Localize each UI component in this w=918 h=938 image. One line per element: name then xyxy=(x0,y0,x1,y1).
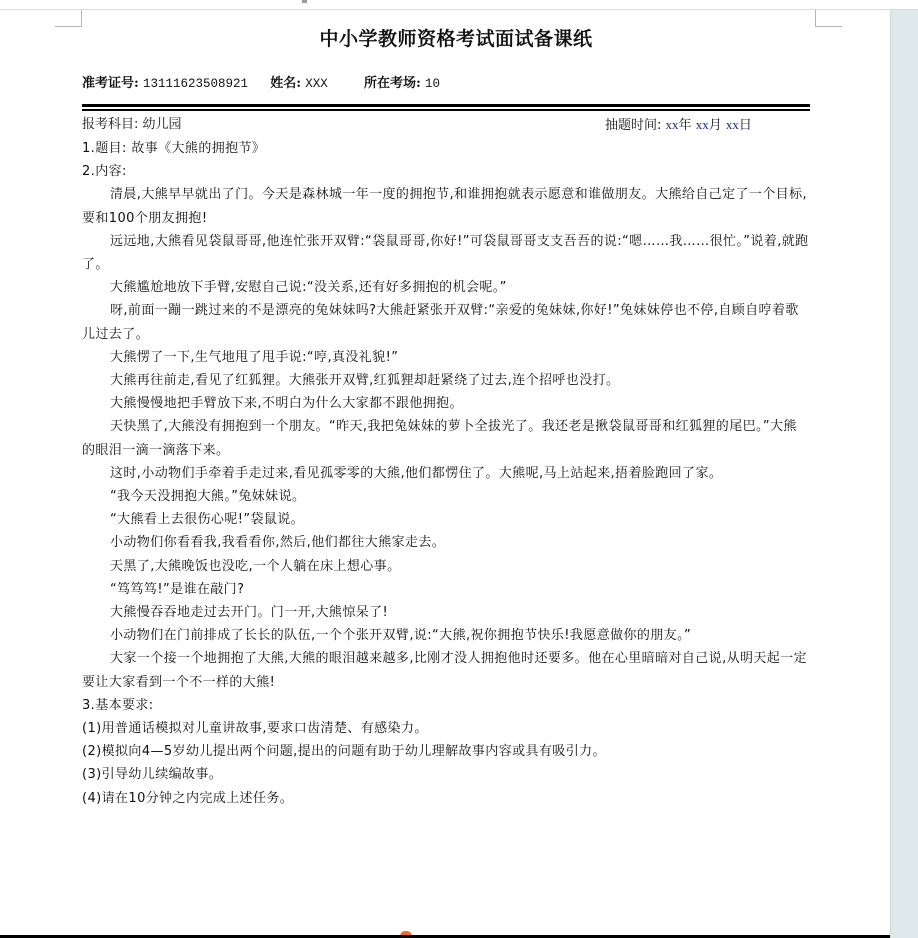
draw-month-value: xx xyxy=(696,117,709,132)
margin-corner-top-right xyxy=(815,10,842,27)
story-paragraph: 呀,前面一蹦一跳过来的不是漂亮的兔妹妹吗?大熊赶紧张开双臂:“亲爱的兔妹妹,你好… xyxy=(82,299,810,345)
story-paragraph: 大熊慢吞吞地走过去开门。门一开,大熊惊呆了! xyxy=(82,601,810,624)
document-title: 中小学教师资格考试面试备课纸 xyxy=(102,24,810,54)
name-value: XXX xyxy=(305,77,328,91)
draw-day-unit: 日 xyxy=(739,118,752,133)
ruler-marker xyxy=(302,0,307,3)
story-paragraph: “我今天没拥抱大熊。”兔妹妹说。 xyxy=(82,485,810,508)
subject-label: 报考科目: 幼儿园 xyxy=(82,117,182,132)
draw-time-label: 抽题时间: xyxy=(605,118,661,133)
story-paragraph: 天快黑了,大熊没有拥抱到一个朋友。“昨天,我把兔妹妹的萝卜全拔光了。我还老是揪袋… xyxy=(82,415,810,461)
document-page: 中小学教师资格考试面试备课纸 准考证号: 13111623508921 姓名: … xyxy=(0,10,890,938)
story-paragraph: 大熊慢慢地把手臂放下来,不明白为什么大家都不跟他拥抱。 xyxy=(82,392,810,415)
exam-room-value: 10 xyxy=(425,77,440,91)
section-topic: 1.题目: 故事《大熊的拥抱节》 xyxy=(82,137,810,160)
story-paragraph: 天黑了,大熊晚饭也没吃,一个人躺在床上想心事。 xyxy=(82,555,810,578)
requirement-item: (3)引导幼儿续编故事。 xyxy=(82,763,810,786)
story-paragraph: 清晨,大熊早早就出了门。今天是森林城一年一度的拥抱节,和谁拥抱就表示愿意和谁做朋… xyxy=(82,183,810,229)
header-double-rule xyxy=(82,104,810,111)
admission-number-value: 13111623508921 xyxy=(143,77,248,91)
story-paragraph: 小动物们在门前排成了长长的队伍,一个个张开双臂,说:“大熊,祝你拥抱节快乐!我愿… xyxy=(82,624,810,647)
draw-day-value: xx xyxy=(726,117,739,132)
draw-year-unit: 年 xyxy=(679,118,692,133)
window-top-bar xyxy=(0,0,918,10)
story-paragraph: 大家一个接一个地拥抱了大熊,大熊的眼泪越来越多,比刚才没人拥抱他时还要多。他在心… xyxy=(82,647,810,693)
margin-corner-top-left xyxy=(55,10,82,27)
admission-number-label: 准考证号: xyxy=(82,76,139,91)
name-label: 姓名: xyxy=(270,76,301,91)
draw-year-value: xx xyxy=(666,117,679,132)
story-paragraph: 远远地,大熊看见袋鼠哥哥,他连忙张开双臂:“袋鼠哥哥,你好!”可袋鼠哥哥支支吾吾… xyxy=(82,230,810,276)
document-body: 1.题目: 故事《大熊的拥抱节》 2.内容: 清晨,大熊早早就出了门。今天是森林… xyxy=(82,137,810,810)
subject-row: 报考科目: 幼儿园 抽题时间: xx年 xx月 xx日 xyxy=(82,113,810,137)
candidate-info-row: 准考证号: 13111623508921 姓名: XXX 所在考场: 10 xyxy=(82,74,810,94)
draw-month-unit: 月 xyxy=(709,118,722,133)
exam-room-label: 所在考场: xyxy=(364,76,421,91)
document-content: 中小学教师资格考试面试备课纸 准考证号: 13111623508921 姓名: … xyxy=(82,24,810,810)
requirement-item: (2)模拟向4—5岁幼儿提出两个问题,提出的问题有助于幼儿理解故事内容或具有吸引… xyxy=(82,740,810,763)
story-paragraph: 大熊再往前走,看见了红狐狸。大熊张开双臂,红狐狸却赶紧绕了过去,连个招呼也没打。 xyxy=(82,369,810,392)
section-requirements-heading: 3.基本要求: xyxy=(82,694,810,717)
story-paragraph: 这时,小动物们手牵着手走过来,看见孤零零的大熊,他们都愣住了。大熊呢,马上站起来… xyxy=(82,462,810,485)
story-paragraph: 大熊尴尬地放下手臂,安慰自己说:“没关系,还有好多拥抱的机会呢。” xyxy=(82,276,810,299)
draw-time: 抽题时间: xx年 xx月 xx日 xyxy=(605,113,752,138)
story-paragraph: “笃笃笃!”是谁在敲门? xyxy=(82,578,810,601)
section-content-heading: 2.内容: xyxy=(82,160,810,183)
story-paragraph: 大熊愣了一下,生气地甩了甩手说:“哼,真没礼貌!” xyxy=(82,346,810,369)
side-pane-background xyxy=(890,10,918,938)
requirement-item: (4)请在10分钟之内完成上述任务。 xyxy=(82,787,810,810)
requirement-item: (1)用普通话模拟对儿童讲故事,要求口齿清楚、有感染力。 xyxy=(82,717,810,740)
story-paragraph: 小动物们你看看我,我看看你,然后,他们都往大熊家走去。 xyxy=(82,531,810,554)
story-paragraph: “大熊看上去很伤心呢!”袋鼠说。 xyxy=(82,508,810,531)
